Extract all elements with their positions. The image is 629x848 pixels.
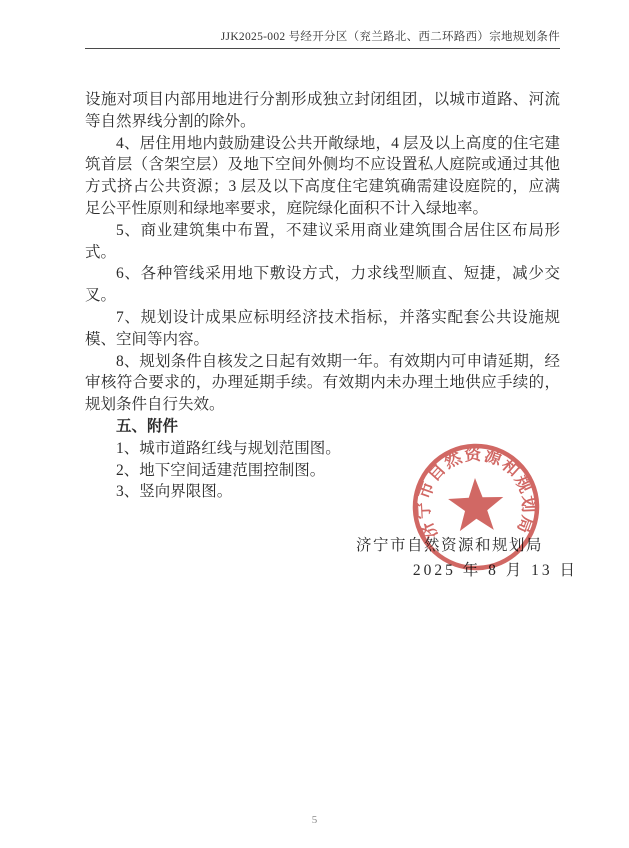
document-page: JJK2025-002 号经开分区（兖兰路北、西二环路西）宗地规划条件 设施对项…: [0, 0, 629, 848]
body-paragraph: 6、各种管线采用地下敷设方式，力求线型顺直、短捷，减少交叉。: [85, 263, 560, 307]
signature-block: 济宁市自然资源和规划局 2025 年 8 月 13 日: [85, 533, 578, 583]
body-paragraph: 7、规划设计成果应标明经济技术指标，并落实配套公共设施规模、空间等内容。: [85, 307, 560, 351]
body-paragraph: 8、规划条件自核发之日起有效期一年。有效期内可申请延期，经审核符合要求的，办理延…: [85, 351, 560, 416]
signature-agency: 济宁市自然资源和规划局: [85, 533, 543, 558]
attachment-item: 1、城市道路红线与规划范围图。: [85, 438, 560, 460]
body-paragraph: 5、商业建筑集中布置，不建议采用商业建筑围合居住区布局形式。: [85, 220, 560, 264]
attachment-item: 3、竖向界限图。: [85, 481, 560, 503]
body-paragraph: 设施对项目内部用地进行分割形成独立封闭组团，以城市道路、河流等自然界线分割的除外…: [85, 89, 560, 133]
document-header: JJK2025-002 号经开分区（兖兰路北、西二环路西）宗地规划条件: [85, 28, 560, 49]
header-title: JJK2025-002 号经开分区（兖兰路北、西二环路西）宗地规划条件: [221, 31, 560, 43]
page-number: 5: [0, 814, 629, 826]
attachment-item: 2、地下空间适建范围控制图。: [85, 460, 560, 482]
document-body: 设施对项目内部用地进行分割形成独立封闭组团，以城市道路、河流等自然界线分割的除外…: [85, 89, 560, 503]
signature-date: 2025 年 8 月 13 日: [85, 558, 578, 583]
body-paragraph: 4、居住用地内鼓励建设公共开敞绿地，4 层及以上高度的住宅建筑首层（含架空层）及…: [85, 133, 560, 220]
attachments-heading: 五、附件: [85, 416, 560, 438]
document-content: JJK2025-002 号经开分区（兖兰路北、西二环路西）宗地规划条件 设施对项…: [85, 28, 560, 583]
